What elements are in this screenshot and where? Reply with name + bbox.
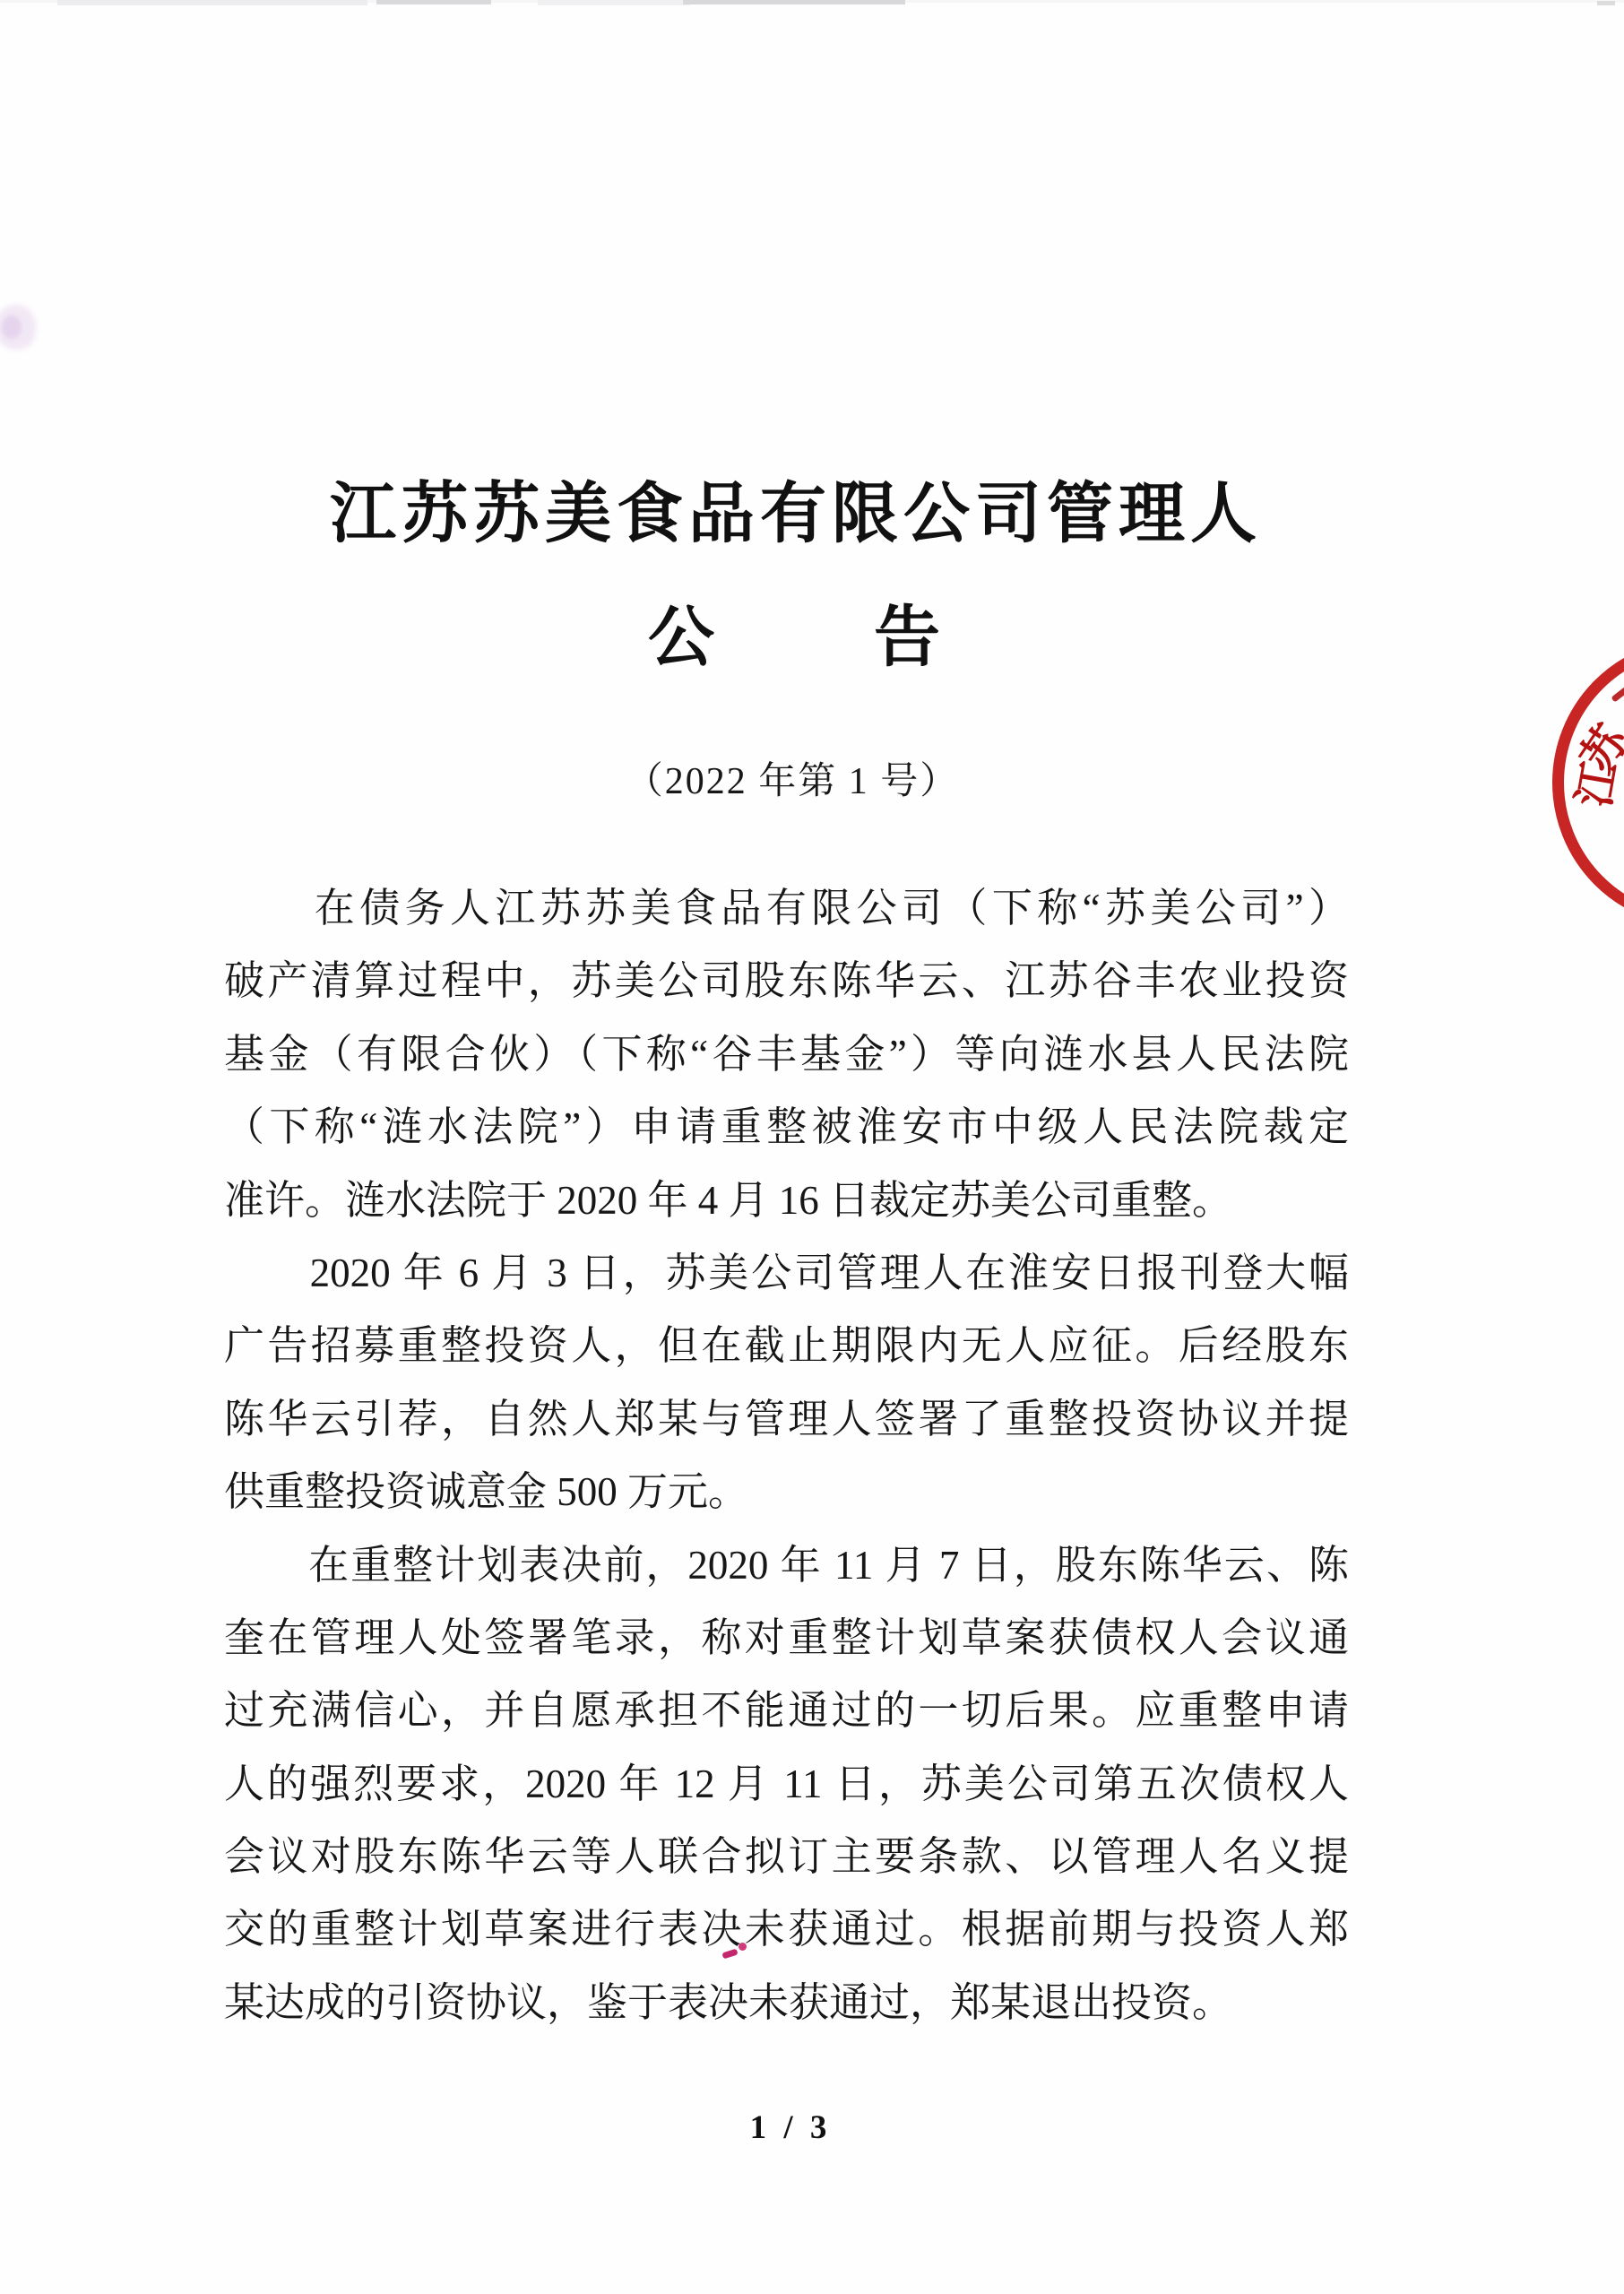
scan-streak — [538, 0, 690, 5]
document-title-line2: 公 告 — [0, 584, 1597, 680]
body-line: 在债务人江苏苏美食品有限公司（下称“苏美公司”） — [224, 872, 1349, 945]
body-line: 2020 年 6 月 3 日，苏美公司管理人在淮安日报刊登大幅 — [224, 1237, 1349, 1310]
page-number: 1 / 3 — [0, 2108, 1581, 2147]
scan-streak — [57, 0, 367, 5]
body-line: （下称“涟水法院”）申请重整被淮安市中级人民法院裁定 — [224, 1091, 1349, 1164]
body-line: 会议对股东陈华云等人联合拟订主要条款、以管理人名义提 — [224, 1821, 1349, 1893]
issue-number: （2022 年第 1 号） — [0, 751, 1585, 805]
body-line: 破产清算过程中，苏美公司股东陈华云、江苏谷丰农业投资 — [224, 945, 1349, 1017]
scan-streak — [1597, 1, 1615, 5]
document-body: 在债务人江苏苏美食品有限公司（下称“苏美公司”） 破产清算过程中，苏美公司股东陈… — [224, 872, 1349, 2039]
body-line: 供重整投资诚意金 500 万元。 — [224, 1456, 1349, 1528]
scan-streak — [376, 0, 491, 4]
scan-streak — [683, 0, 905, 4]
body-line: 广告招募重整投资人，但在截止期限内无人应征。后经股东 — [224, 1310, 1349, 1382]
body-line: 人的强烈要求，2020 年 12 月 11 日，苏美公司第五次债权人 — [224, 1748, 1349, 1821]
body-line: 某达成的引资协议，鉴于表决未获通过，郑某退出投资。 — [224, 1967, 1349, 2039]
document-title-line1: 江苏苏美食品有限公司管理人 — [0, 461, 1592, 556]
body-line: 准许。涟水法院于 2020 年 4 月 16 日裁定苏美公司重整。 — [224, 1164, 1349, 1237]
margin-smudge — [2, 316, 22, 339]
body-line: 基金（有限合伙）（下称“谷丰基金”）等向涟水县人民法院 — [224, 1018, 1349, 1091]
body-line: 交的重整计划草案进行表决未获通过。根据前期与投资人郑 — [224, 1893, 1349, 1966]
document-page: 江苏苏美食品有限公司管理人 公 告 （2022 年第 1 号） 苏 江 在债务人… — [0, 0, 1624, 2294]
body-line: 陈华云引荐，自然人郑某与管理人签署了重整投资协议并提 — [224, 1383, 1349, 1456]
body-line: 在重整计划表决前，2020 年 11 月 7 日，股东陈华云、陈 — [224, 1529, 1349, 1602]
body-line: 过充满信心，并自愿承担不能通过的一切后果。应重整申请 — [224, 1675, 1349, 1747]
body-line: 奎在管理人处签署笔录，称对重整计划草案获债权人会议通 — [224, 1602, 1349, 1675]
ink-mark — [739, 1943, 747, 1951]
